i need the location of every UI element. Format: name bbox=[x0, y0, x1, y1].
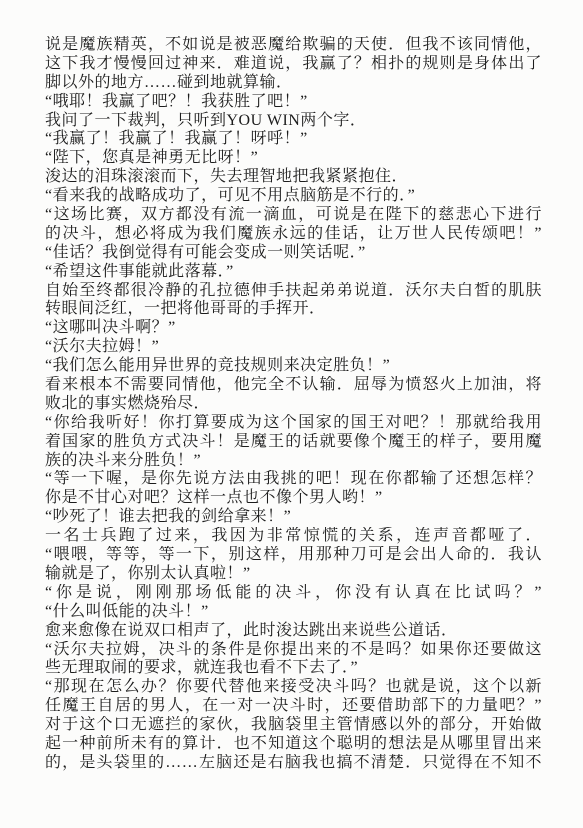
text-line: 你是不甘心对吧？这样一点也不像个男人哟！” bbox=[45, 489, 542, 508]
document-page: 说是魔族精英，不如说是被恶魔给欺骗的天使．但我不该同情他，这下我才慢慢回过神来．… bbox=[0, 0, 583, 828]
text-line: 败北的事实燃烧殆尽． bbox=[45, 395, 542, 414]
text-line: 起一种前所未有的算计．也不知道这个聪明的想法是从哪里冒出来 bbox=[45, 735, 542, 754]
text-line: “什么叫低能的决斗！” bbox=[45, 603, 542, 622]
text-line: “那现在怎么办？你要代替他来接受决斗吗？也就是说，这个以新 bbox=[45, 678, 542, 697]
text-line: “你是说，刚刚那场低能的决斗，你没有认真在比试吗？” bbox=[45, 584, 542, 603]
text-line: 愈来愈像在说双口相声了，此时浚达跳出来说些公道话． bbox=[45, 622, 542, 641]
text-line: 着国家的胜负方式决斗！是魔王的话就要像个魔王的样子，要用魔 bbox=[45, 433, 542, 452]
text-line: 转眼间泛红，一把将他哥哥的手挥开． bbox=[45, 300, 542, 319]
text-line: 的决斗，想必将成为我们魔族永远的佳话，让万世人民传颂吧！” bbox=[45, 225, 542, 244]
text-line: 的，是头袋里的……左脑还是右脑我也搞不清楚．只觉得在不知不 bbox=[45, 754, 542, 773]
text-line: “等一下喔，是你先说方法由我挑的吧！现在你都输了还想怎样？ bbox=[45, 470, 542, 489]
text-line: “陛下，您真是神勇无比呀！” bbox=[45, 149, 542, 168]
text-line: “我们怎么能用异世界的竞技规则来决定胜负！” bbox=[45, 357, 542, 376]
text-line: 些无理取闹的要求，就连我也看不下去了．” bbox=[45, 659, 542, 678]
text-block: 说是魔族精英，不如说是被恶魔给欺骗的天使．但我不该同情他，这下我才慢慢回过神来．… bbox=[45, 36, 542, 773]
text-line: 看来根本不需要同情他，他完全不认输．屈辱为愤怒火上加油，将 bbox=[45, 376, 542, 395]
text-line: 说是魔族精英，不如说是被恶魔给欺骗的天使．但我不该同情他， bbox=[45, 36, 542, 55]
text-line: “沃尔夫拉姆！” bbox=[45, 338, 542, 357]
text-line: 这下我才慢慢回过神来．难道说，我赢了？相扑的规则是身体出了 bbox=[45, 55, 542, 74]
text-line: “我赢了！我赢了！我赢了！呀呼！” bbox=[45, 130, 542, 149]
text-line: 我问了一下裁判，只听到YOU WIN两个字． bbox=[45, 112, 542, 131]
text-line: 自始至终都很冷静的孔拉德伸手扶起弟弟说道．沃尔夫白皙的肌肤 bbox=[45, 282, 542, 301]
text-line: “喂喂，等等，等一下，别这样，用那种刀可是会出人命的．我认 bbox=[45, 546, 542, 565]
text-line: 输就是了，你别太认真啦！” bbox=[45, 565, 542, 584]
text-line: 浚达的泪珠滚滚而下，失去理智地把我紧紧抱住． bbox=[45, 168, 542, 187]
text-line: “这哪叫决斗啊？” bbox=[45, 319, 542, 338]
text-line: “希望这件事能就此落幕．” bbox=[45, 263, 542, 282]
text-line: “这场比赛，双方都没有流一滴血，可说是在陛下的慈悲心下进行 bbox=[45, 206, 542, 225]
text-line: 脚以外的地方……碰到地就算输． bbox=[45, 74, 542, 93]
text-line: “吵死了！谁去把我的剑给拿来！” bbox=[45, 508, 542, 527]
text-line: “你给我听好！你打算要成为这个国家的国王对吧？！那就给我用 bbox=[45, 414, 542, 433]
text-line: 一名士兵跑了过来，我因为非常惊慌的关系，连声音都哑了． bbox=[45, 527, 542, 546]
text-line: “佳话？我倒觉得有可能会变成一则笑话呢．” bbox=[45, 244, 542, 263]
text-line: 任魔王自居的男人，在一对一决斗时，还要借助部下的力量吧？” bbox=[45, 697, 542, 716]
text-line: “看来我的战略成功了，可见不用点脑筋是不行的．” bbox=[45, 187, 542, 206]
text-line: 族的决斗来分胜负！” bbox=[45, 452, 542, 471]
text-line: 对于这个口无遮拦的家伙，我脑袋里主管情感以外的部分，开始做 bbox=[45, 716, 542, 735]
text-line: “哦耶！我赢了吧？！我获胜了吧！” bbox=[45, 93, 542, 112]
text-line: “沃尔夫拉姆，决斗的条件是你提出来的不是吗？如果你还要做这 bbox=[45, 641, 542, 660]
